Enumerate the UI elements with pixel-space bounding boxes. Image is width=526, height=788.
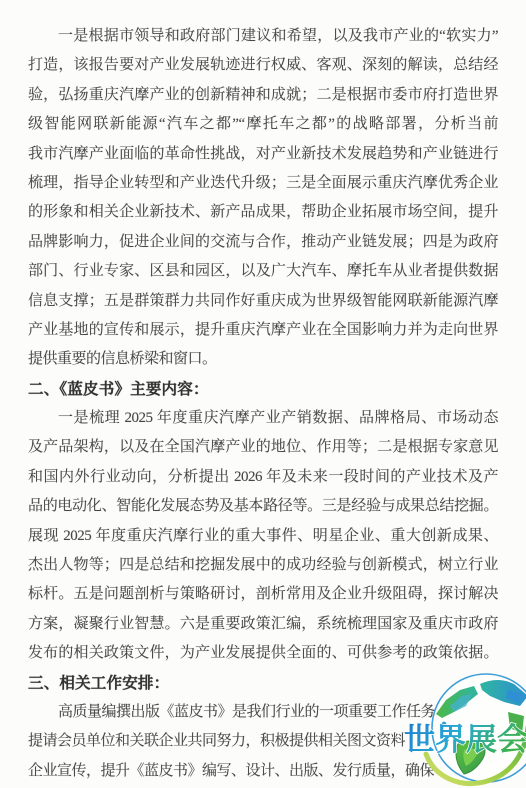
paragraph-line: 一是根据市领导和政府部门建议和希望，以及我市产业的“软实力” — [28, 22, 498, 51]
paragraph-line: 一是梳理 2025 年度重庆汽摩产业产销数据、品牌格局、市场动态 — [28, 404, 498, 433]
paragraph-line: 发布的相关政策文件，为产业发展提供全面的、可供参考的政策依据。 — [28, 639, 498, 668]
paragraph-line: 信息支撑；五是群策群力共同作好重庆成为世界级智能网联新能源汽摩 — [28, 287, 498, 316]
section-heading-main-content: 二、《蓝皮书》主要内容： — [28, 375, 498, 404]
paragraph-2: 一是梳理 2025 年度重庆汽摩产业产销数据、品牌格局、市场动态 及产品架构，以… — [28, 404, 498, 669]
paragraph-line: 品的电动化、智能化发展态势及基本路径等。三是经验与成果总结挖掘。 — [28, 492, 498, 521]
paragraph-line: 高质量编撰出版《蓝皮书》是我们行业的一项重要工作任务 — [28, 698, 498, 727]
paragraph-line: 标杆。五是问题剖析与策略研讨，剖析常用及企业升级阻碍，探讨解决 — [28, 580, 498, 609]
paragraph-line: 品牌影响力，促进企业间的交流与合作，推动产业链发展；四是为政府 — [28, 228, 498, 257]
paragraph-line: 方案，凝聚行业智慧。六是重要政策汇编，系统梳理国家及重庆市政府 — [28, 610, 498, 639]
paragraph-line: 及产品架构，以及在全国汽摩产业的地位、作用等；二是根据专家意见 — [28, 433, 498, 462]
paragraph-line: 提供重要的信息桥梁和窗口。 — [28, 345, 498, 374]
section-heading-work-arrangement: 三、相关工作安排： — [28, 669, 498, 698]
paragraph-line: 部门、行业专家、区县和园区，以及广大汽车、摩托车从业者提供数据 — [28, 257, 498, 286]
paragraph-line: 我市汽摩产业面临的革命性挑战，对产业新技术发展趋势和产业链进行 — [28, 140, 498, 169]
paragraph-line: 级智能网联新能源“汽车之都”“摩托车之都”的战略部署，分析当前 — [28, 110, 498, 139]
paragraph-line: 梳理，指导企业转型和产业迭代升级；三是全面展示重庆汽摩优秀企业 — [28, 169, 498, 198]
paragraph-3: 高质量编撰出版《蓝皮书》是我们行业的一项重要工作任务 提请会员单位和关联企业共同… — [28, 698, 498, 786]
paragraph-line: 展现 2025 年度重庆汽摩行业的重大事件、明星企业、重大创新成果、 — [28, 522, 498, 551]
paragraph-line: 打造，该报告要对产业发展轨迹进行权威、客观、深刻的解读，总结经 — [28, 51, 498, 80]
paragraph-line: 产业基地的宣传和展示，提升重庆汽摩产业在全国影响力并为走向世界 — [28, 316, 498, 345]
document-page: 一是根据市领导和政府部门建议和希望，以及我市产业的“软实力” 打造，该报告要对产… — [0, 0, 526, 788]
paragraph-line: 企业宣传，提升《蓝皮书》编写、设计、出版、发行质量，确保 — [28, 757, 498, 786]
paragraph-line: 的形象和相关企业新技术、新产品成果，帮助企业拓展市场空间，提升 — [28, 198, 498, 227]
paragraph-line: 验，弘扬重庆汽摩产业的创新精神和成就；二是根据市委市府打造世界 — [28, 81, 498, 110]
paragraph-line: 提请会员单位和关联企业共同努力，积极提供相关图文资料 — [28, 727, 498, 756]
paragraph-line: 杰出人物等；四是总结和挖掘发展中的成功经验与创新模式，树立行业 — [28, 551, 498, 580]
paragraph-1: 一是根据市领导和政府部门建议和希望，以及我市产业的“软实力” 打造，该报告要对产… — [28, 22, 498, 375]
paragraph-line: 和国内外行业动向，分析提出 2026 年及未来一段时间的产业技术及产 — [28, 463, 498, 492]
